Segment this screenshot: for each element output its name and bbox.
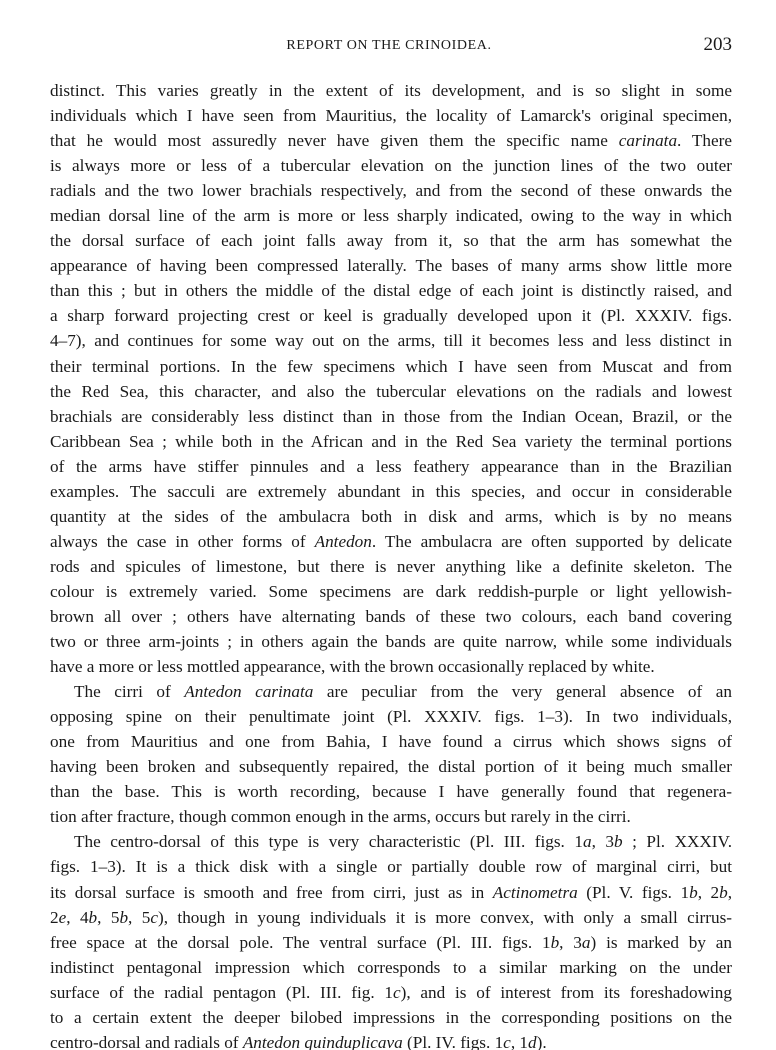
paragraph: distinct. This varies greatly in the ext… bbox=[50, 78, 732, 679]
text-line: individuals which I have seen from Mauri… bbox=[50, 103, 732, 128]
text-line: their terminal portions. In the few spec… bbox=[50, 354, 732, 379]
text-line: brachials are considerably less distinct… bbox=[50, 404, 732, 429]
text-line: indistinct pentagonal impression which c… bbox=[50, 955, 732, 980]
text-line: of the arms have stiffer pinnules and a … bbox=[50, 454, 732, 479]
text-line: its dorsal surface is smooth and free fr… bbox=[50, 880, 732, 905]
text-line: The centro-dorsal of this type is very c… bbox=[50, 829, 732, 854]
text-line: tion after fracture, though common enoug… bbox=[50, 804, 732, 829]
text-line: examples. The sacculi are extremely abun… bbox=[50, 479, 732, 504]
text-line: than this ; but in others the middle of … bbox=[50, 278, 732, 303]
text-line: free space at the dorsal pole. The ventr… bbox=[50, 930, 732, 955]
text-line: one from Mauritius and one from Bahia, I… bbox=[50, 729, 732, 754]
text-line: Caribbean Sea ; while both in the Africa… bbox=[50, 429, 732, 454]
text-line: have a more or less mottled appearance, … bbox=[50, 654, 732, 679]
text-line: two or three arm-joints ; in others agai… bbox=[50, 629, 732, 654]
text-line: figs. 1–3). It is a thick disk with a si… bbox=[50, 854, 732, 879]
text-line: having been broken and subsequently repa… bbox=[50, 754, 732, 779]
text-line: brown all over ; others have alternating… bbox=[50, 604, 732, 629]
text-line: than the base. This is worth recording, … bbox=[50, 779, 732, 804]
text-line: opposing spine on their penultimate join… bbox=[50, 704, 732, 729]
text-line: quantity at the sides of the ambulacra b… bbox=[50, 504, 732, 529]
text-line: 2e, 4b, 5b, 5c), though in young individ… bbox=[50, 905, 732, 930]
text-line: rods and spicules of limestone, but ther… bbox=[50, 554, 732, 579]
paragraph: The cirri of Antedon carinata are peculi… bbox=[50, 679, 732, 829]
text-line: the dorsal surface of each joint falls a… bbox=[50, 228, 732, 253]
text-line: median dorsal line of the arm is more or… bbox=[50, 203, 732, 228]
running-title: REPORT ON THE CRINOIDEA. bbox=[46, 38, 732, 54]
text-line: surface of the radial pentagon (Pl. III.… bbox=[50, 980, 732, 1005]
text-line: to a certain extent the deeper bilobed i… bbox=[50, 1005, 732, 1030]
text-line: the Red Sea, this character, and also th… bbox=[50, 379, 732, 404]
text-line: radials and the two lower brachials resp… bbox=[50, 178, 732, 203]
text-line: always the case in other forms of Antedo… bbox=[50, 529, 732, 554]
page-number: 203 bbox=[704, 34, 733, 56]
page-header: REPORT ON THE CRINOIDEA. 203 bbox=[46, 32, 732, 60]
text-line: a sharp forward projecting crest or keel… bbox=[50, 303, 732, 328]
text-line: that he would most assuredly never have … bbox=[50, 128, 732, 153]
text-line: The cirri of Antedon carinata are peculi… bbox=[50, 679, 732, 704]
text-line: appearance of having been compressed lat… bbox=[50, 253, 732, 278]
text-line: colour is extremely varied. Some specime… bbox=[50, 579, 732, 604]
text-line: is always more or less of a tubercular e… bbox=[50, 153, 732, 178]
body-text: distinct. This varies greatly in the ext… bbox=[50, 78, 732, 1050]
paragraph: The centro-dorsal of this type is very c… bbox=[50, 829, 732, 1050]
text-line: centro-dorsal and radials of Antedon qui… bbox=[50, 1030, 732, 1050]
text-line: 4–7), and continues for some way out on … bbox=[50, 328, 732, 353]
text-line: distinct. This varies greatly in the ext… bbox=[50, 78, 732, 103]
